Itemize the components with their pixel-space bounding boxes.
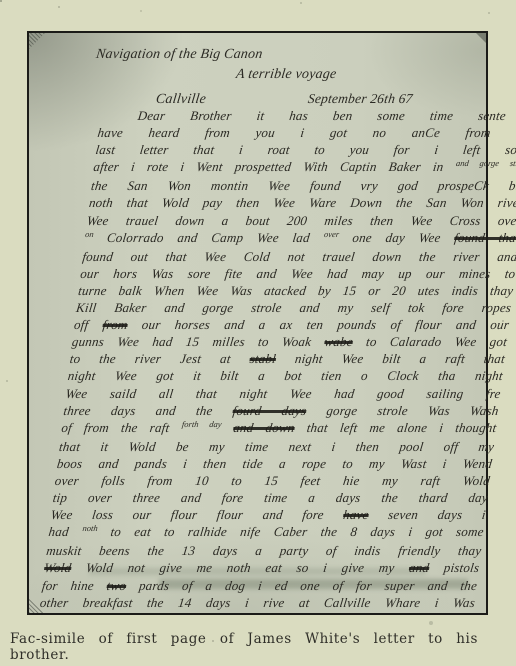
letter-date: September 26th 67 xyxy=(307,90,414,107)
letter-title-line2: A terrible voyage xyxy=(235,66,476,83)
inserted-text: over xyxy=(324,229,340,239)
struck-text: two xyxy=(106,578,127,593)
handwriting-text: last letter that i roat to you for i lef… xyxy=(95,142,516,157)
handwriting-text: that it Wold be my time next i then pool… xyxy=(58,439,495,454)
letter-line: Kill Baker and gorge strole and my self … xyxy=(75,299,512,316)
handwriting-text: night Wee bilt a raft that xyxy=(294,352,506,367)
letter-line: over folls from 10 to 15 feet hie my raf… xyxy=(54,472,491,489)
handwriting-text: Wold not give me noth eat so i give my xyxy=(85,561,395,576)
handwriting-text: found out that Wee Cold not trauel down … xyxy=(82,249,516,264)
letter-line: last letter that i roat to you for i lef… xyxy=(95,141,516,158)
handwriting-text: off xyxy=(73,317,89,332)
letter-line: Wee loss our flour flour and fore have s… xyxy=(50,506,487,523)
handwriting-text: turne balk When Wee Was atacked by 15 or… xyxy=(77,283,514,298)
handwriting-text: had xyxy=(48,525,70,540)
handwriting-text: our horses and a ax ten pounds of flour … xyxy=(141,317,510,332)
handwriting-text: Kill Baker and gorge strole and my self … xyxy=(75,300,512,315)
letter-line: tip over three and fore time a days the … xyxy=(52,489,489,506)
struck-text: and down xyxy=(233,420,296,435)
letter-line: had noth to eat to ralhide nife Caber th… xyxy=(47,524,484,543)
handwriting-text: Wee trauel down a bout 200 miles then We… xyxy=(86,213,516,228)
handwriting-text: after i rote i Went prospetted With Capt… xyxy=(93,160,445,175)
struck-text: Wold xyxy=(43,561,72,576)
caption: Fac-simile of first page of James White'… xyxy=(10,631,478,663)
letter-dateline: Callville September 26th 67 xyxy=(39,90,476,107)
letter-line: of from the raft forth day and down that… xyxy=(60,419,497,438)
letter-line: other breakfast the 14 days i rive at Ca… xyxy=(39,594,476,611)
letter-line: have heard from you i got no anCe from t… xyxy=(97,124,516,141)
handwriting-text: for hine xyxy=(41,578,95,593)
letter-line: the San Won montin Wee found vry god pro… xyxy=(90,178,516,195)
letter-line: three days and the fourd days gorge stro… xyxy=(63,402,500,419)
letter-line: on Colorrado and Camp Wee lad over one d… xyxy=(84,229,516,248)
handwriting-text: tip over three and fore time a days the … xyxy=(52,490,489,505)
inserted-text: noth xyxy=(82,524,98,534)
struck-text: wabe xyxy=(324,335,354,350)
letter-line: to the river Jest at stabl night Wee bil… xyxy=(69,351,506,368)
handwriting-text: three days and the xyxy=(63,403,214,418)
handwriting-text: the San Won montin Wee found vry god pro… xyxy=(90,179,516,194)
inserted-text: on xyxy=(85,229,95,239)
handwriting-text: our hors Was sore fite and Wee had may u… xyxy=(80,266,516,281)
handwriting-text: Wee saild all that night Wee had good sa… xyxy=(65,386,502,401)
struck-text: found that xyxy=(454,230,516,245)
inserted-text: forth day xyxy=(181,419,222,429)
handwriting-text: pistols xyxy=(443,561,480,576)
letter-line: Wee saild all that night Wee had good sa… xyxy=(65,385,502,402)
handwriting-text: over folls from 10 to 15 feet hie my raf… xyxy=(54,473,491,488)
letter-line: Wold Wold not give me noth eat so i give… xyxy=(43,560,480,577)
letter-facsimile-plate: Navigation of the Big Canon A terrible v… xyxy=(27,31,488,615)
letter-line: that it Wold be my time next i then pool… xyxy=(58,438,495,455)
handwriting-text: night Wee got it bilt a bot tien o Clock… xyxy=(67,369,504,384)
handwriting-text: of from the raft xyxy=(61,420,171,435)
handwriting-text: other breakfast the 14 days i rive at Ca… xyxy=(39,595,476,610)
handwriting-text: seven days i xyxy=(387,507,486,522)
letter-body: Dear Brother it has ben some time sente … xyxy=(39,107,516,611)
letter-line: turne balk When Wee Was atacked by 15 or… xyxy=(77,282,514,299)
letter-line: after i rote i Went prospetted With Capt… xyxy=(92,159,516,178)
letter-title-line1: Navigation of the Big Canon xyxy=(95,46,476,63)
handwriting-text: that left me alone i thought xyxy=(306,420,497,435)
letter-line: boos and pands i then tide a rope to my … xyxy=(56,455,493,472)
handwriting-text: to the river Jest at xyxy=(69,352,232,367)
struck-text: from xyxy=(102,317,129,332)
handwriting-text: gorge strole Was Wash xyxy=(326,403,500,418)
handwritten-letter: Navigation of the Big Canon A terrible v… xyxy=(29,33,486,613)
handwriting-text: boos and pands i then tide a rope to my … xyxy=(56,456,493,471)
handwriting-text: pards of a dog i ed one of for super and… xyxy=(138,578,478,593)
handwriting-text: to Calarado Wee got xyxy=(365,335,508,350)
letter-line: muskit beens the 13 days a party of indi… xyxy=(45,543,482,560)
handwriting-text: to eat to ralhide nife Caber the 8 days … xyxy=(110,525,485,540)
struck-text: have xyxy=(342,507,369,522)
struck-text: fourd days xyxy=(232,403,307,418)
handwriting-text: Wee loss our flour flour and fore xyxy=(50,507,325,522)
letter-line: found out that Wee Cold not trauel down … xyxy=(81,248,516,265)
book-page: { "page": { "caption": "Fac-simile of fi… xyxy=(0,0,516,666)
letter-line: gunns Wee had 15 milles to Woak wabe to … xyxy=(71,334,508,351)
handwriting-text: have heard from you i got no anCe from t… xyxy=(97,125,516,140)
struck-text: and xyxy=(408,561,430,576)
handwriting-text: Dear Brother it has ben some time sente … xyxy=(137,108,516,123)
letter-line: Dear Brother it has ben some time sente … xyxy=(99,107,516,124)
letter-line: our hors Was sore fite and Wee had may u… xyxy=(79,265,516,282)
letter-line: for hine two pards of a dog i ed one of … xyxy=(41,577,478,594)
letter-line: noth that Wold pay then Wee Ware Down th… xyxy=(88,195,516,212)
inserted-text: and gorge strole xyxy=(455,159,516,169)
letter-line: off from our horses and a ax ten pounds … xyxy=(73,316,510,333)
handwriting-text: one day Wee xyxy=(352,230,442,245)
struck-text: stabl xyxy=(249,352,277,367)
handwriting-text: noth that Wold pay then Wee Ware Down th… xyxy=(88,196,516,211)
letter-line: night Wee got it bilt a bot tien o Clock… xyxy=(67,368,504,385)
handwriting-text: gunns Wee had 15 milles to Woak xyxy=(71,335,312,350)
handwriting-text: Colorrado and Camp Wee lad xyxy=(106,230,311,245)
letter-place: Callville xyxy=(155,92,207,107)
handwriting-text: muskit beens the 13 days a party of indi… xyxy=(45,544,482,559)
letter-line: Wee trauel down a bout 200 miles then We… xyxy=(86,212,516,229)
